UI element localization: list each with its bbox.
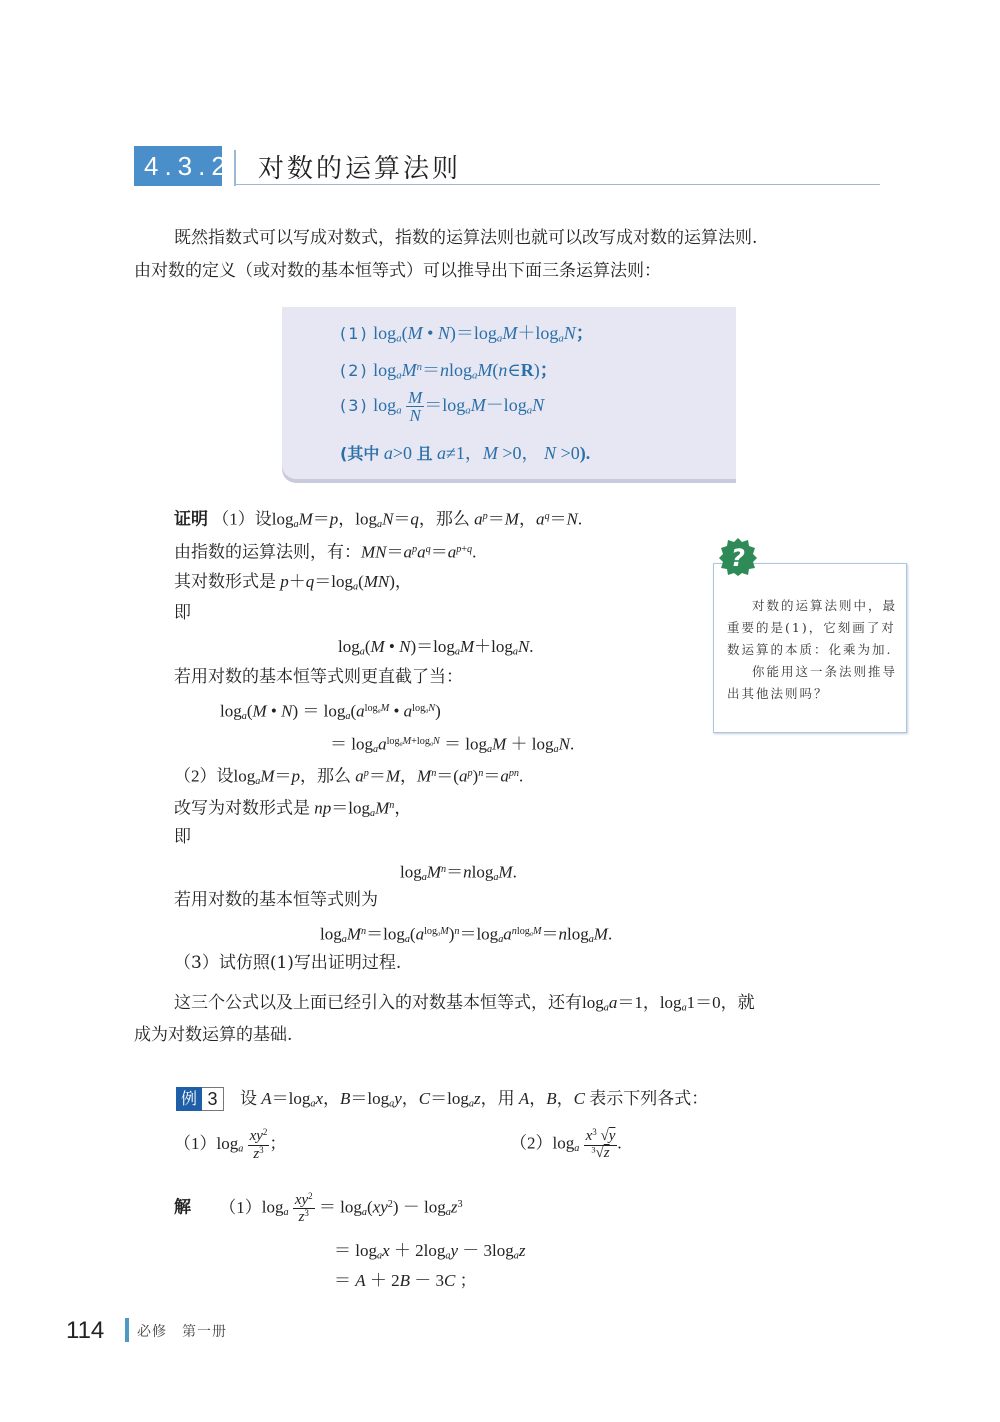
example-statement: 设 A＝logax，B＝logay，C＝logaz，用 A，B，C 表示下列各式… xyxy=(240,1084,708,1120)
side-note-para-1: 对数的运算法则中，最重要的是(1)，它刻画了对数运算的本质：化乘为加. xyxy=(727,595,899,661)
solution-line-3: ＝ A ＋ 2B － 3C ； xyxy=(334,1266,477,1296)
rule-conditions: (其中 a>0 且 a≠1，M >0， N >0). xyxy=(340,436,590,471)
section-number-badge: 4.3.2 xyxy=(134,146,222,186)
side-note-para-2: 你能用这一条法则推导出其他法则吗？ xyxy=(727,661,899,705)
intro-line-2: 由对数的定义（或对数的基本恒等式）可以推导出下面三条运算法则： xyxy=(134,256,661,286)
example-tag-number: 3 xyxy=(202,1087,224,1111)
intro-line-1: 既然指数式可以写成对数式，指数的运算法则也就可以改写成对数的运算法则. xyxy=(174,223,757,253)
question-badge-icon: ? xyxy=(718,537,758,577)
proof-ji-1: 即 xyxy=(174,598,191,628)
section-title: 对数的运算法则 xyxy=(258,148,461,185)
proof-identity-text-2: 若用对数的基本恒等式则为 xyxy=(174,885,378,915)
book-title: 必修 第一册 xyxy=(137,1321,227,1341)
section-underline xyxy=(234,184,880,185)
summary-line-2: 成为对数运算的基础. xyxy=(134,1020,292,1050)
rule-3: (3) loga MN＝logaM－logaN xyxy=(340,388,544,428)
set-r: R xyxy=(521,360,534,380)
footer-divider xyxy=(125,1318,129,1342)
example-question-1: （1）loga xy2z3； xyxy=(174,1128,286,1165)
solution-line-1: 解 （1）loga xy2z3 ＝ loga(xy2) － logaz3 xyxy=(174,1190,463,1228)
rule-2: (2) logaMn＝nlogaM(n∈R)； xyxy=(340,350,558,393)
proof-identity-text: 若用对数的基本恒等式则更直截了当： xyxy=(174,662,463,692)
section-divider xyxy=(234,150,236,186)
example-question-2: （2）loga x3 √y3√z. xyxy=(510,1128,622,1164)
proof-result-2: logaMn＝nlogaM. xyxy=(400,855,517,893)
proof-rewrite: 改写为对数形式是 np＝logaMn， xyxy=(174,791,411,829)
proof-line-p3: （3）试仿照(1)写出证明过程. xyxy=(174,948,401,978)
summary-line-1: 这三个公式以及上面已经引入的对数基本恒等式，还有logaa＝1，loga1＝0，… xyxy=(174,988,755,1024)
example-tag-word: 例 xyxy=(176,1087,202,1111)
example-tag: 例 3 xyxy=(176,1087,224,1111)
proof-line-3: 其对数形式是 p＋q＝loga(MN)， xyxy=(174,567,412,603)
proof-ji-2: 即 xyxy=(174,822,191,852)
page-number: 114 xyxy=(66,1317,104,1345)
proof-line-2: 由指数的运算法则，有：MN＝apaq＝ap+q. xyxy=(174,535,476,568)
svg-text:?: ? xyxy=(731,544,745,572)
side-note-text: 对数的运算法则中，最重要的是(1)，它刻画了对数运算的本质：化乘为加. 你能用这… xyxy=(727,595,899,705)
